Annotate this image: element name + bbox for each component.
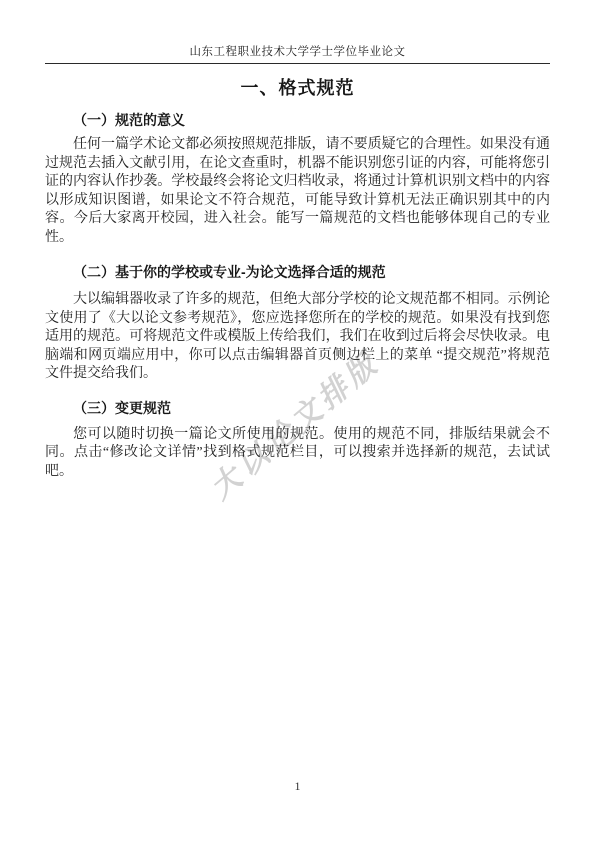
section-paragraph-2: 大以编辑器收录了许多的规范，但绝大部分学校的论文规范都不相同。示例论文使用了《大… xyxy=(45,291,550,384)
document-body: （一）规范的意义 任何一篇学术论文都必须按照规范排版，请不要质疑它的合理性。如果… xyxy=(45,108,550,481)
running-header: 山东工程职业技术大学学士学位毕业论文 xyxy=(45,46,550,64)
section-paragraph-3: 您可以随时切换一篇论文所使用的规范。使用的规范不同，排版结果就会不同。点击“修改… xyxy=(45,426,550,482)
section-heading-3: （三）变更规范 xyxy=(45,400,550,417)
section-heading-1: （一）规范的意义 xyxy=(45,112,550,129)
page-title: 一、格式规范 xyxy=(0,77,595,99)
page-number: 1 xyxy=(0,779,595,793)
thesis-page: 大以论文排版 山东工程职业技术大学学士学位毕业论文 一、格式规范 （一）规范的意… xyxy=(0,0,595,842)
section-heading-2: （二）基于你的学校或专业-为论文选择合适的规范 xyxy=(45,264,550,281)
section-paragraph-1: 任何一篇学术论文都必须按照规范排版，请不要质疑它的合理性。如果没有通过规范去插入… xyxy=(45,136,550,247)
